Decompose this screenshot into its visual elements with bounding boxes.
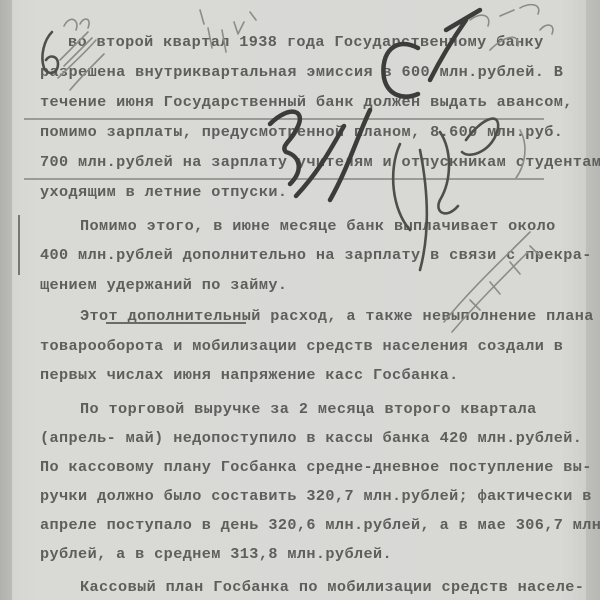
text-line: щением удержаний по займу.	[40, 276, 287, 294]
text-line: разрешена внутриквартальная эмиссия в 60…	[40, 63, 563, 81]
text-line: помимо зарплаты, предусмотренной планом,…	[40, 123, 563, 141]
text-line: уходящим в летние отпуски.	[40, 183, 287, 201]
text-line: апреле поступало в день 320,6 млн.рублей…	[40, 516, 600, 534]
text-line: (апрель- май) недопоступило в кассы банк…	[40, 429, 582, 447]
text-line: Помимо этого, в июне месяце банк выплачи…	[80, 217, 556, 235]
text-line: 700 млн.рублей на зарплату учителям и от…	[40, 153, 600, 171]
text-line: 400 млн.рублей дополнительно на зарплату…	[40, 246, 592, 264]
text-line: По торговой выручке за 2 месяца второго …	[80, 400, 537, 418]
pencil-underline	[24, 178, 544, 180]
text-line: По кассовому плану Госбанка средне-дневн…	[40, 458, 592, 476]
text-line: рублей, а в среднем 313,8 млн.рублей.	[40, 545, 392, 563]
pencil-underline	[24, 118, 544, 120]
text-line: во второй квартал 1938 года Государствен…	[68, 33, 544, 51]
text-line: Кассовый план Госбанка по мобилизации ср…	[80, 578, 584, 596]
text-line: товарооборота и мобилизации средств насе…	[40, 337, 563, 355]
handwriting-overlay	[0, 0, 600, 600]
underline-dopolnitelny	[106, 322, 246, 324]
page-edge-left	[0, 0, 12, 600]
scanned-page: во второй квартал 1938 года Государствен…	[0, 0, 600, 600]
text-line: первых числах июня напряжение касс Госба…	[40, 366, 459, 384]
page-edge-right	[586, 0, 600, 600]
text-line: течение июня Государственный банк должен…	[40, 93, 573, 111]
margin-bracket	[18, 215, 20, 275]
text-line: ручки должно было составить 320,7 млн.ру…	[40, 487, 592, 505]
